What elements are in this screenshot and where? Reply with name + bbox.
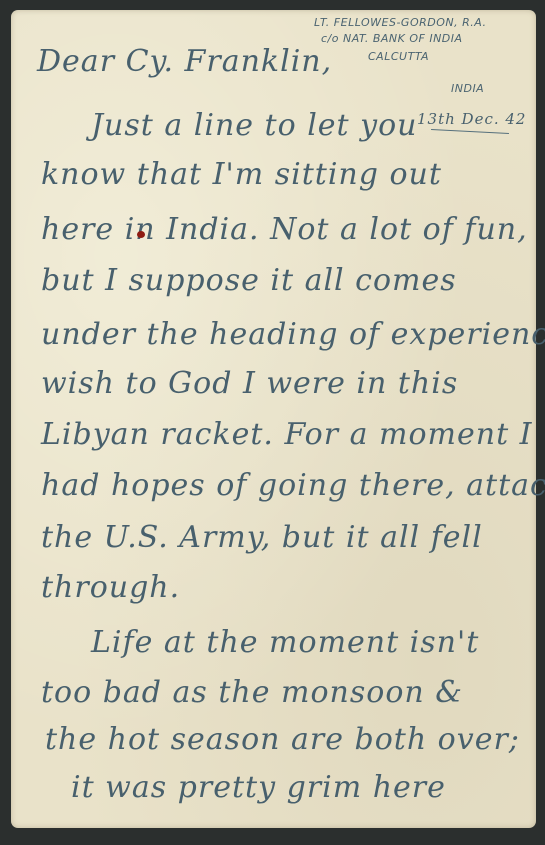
- date-underline: [431, 129, 509, 134]
- return-address-line-2: c/o NAT. BANK OF INDIA: [321, 32, 463, 45]
- red-ink-spot: [137, 231, 145, 238]
- body-line: the hot season are both over;: [45, 722, 520, 757]
- postcard: LT. FELLOWES-GORDON, R.A. c/o NAT. BANK …: [11, 10, 536, 828]
- return-address-line-1: LT. FELLOWES-GORDON, R.A.: [314, 16, 486, 29]
- body-line: wish to God I were in this: [41, 366, 458, 401]
- return-address-line-4: INDIA: [451, 82, 484, 95]
- return-address-line-3: CALCUTTA: [368, 50, 429, 63]
- body-line: too bad as the monsoon &: [41, 675, 463, 710]
- body-line: Life at the moment isn't: [91, 625, 479, 660]
- body-line: here in India. Not a lot of fun,: [41, 212, 528, 247]
- body-line: Libyan racket. For a moment I: [41, 417, 533, 452]
- body-line: Just a line to let you: [91, 108, 417, 143]
- body-line: through.: [41, 570, 180, 605]
- body-line: had hopes of going there, attached to: [41, 468, 545, 503]
- letter-date: 13th Dec. 42: [417, 110, 526, 128]
- body-line: under the heading of experience. I: [41, 317, 545, 352]
- body-line: but I suppose it all comes: [41, 263, 457, 298]
- salutation: Dear Cy. Franklin,: [37, 44, 332, 79]
- body-line: the U.S. Army, but it all fell: [41, 520, 483, 555]
- body-line: it was pretty grim here: [71, 770, 446, 805]
- body-line: know that I'm sitting out: [41, 157, 442, 192]
